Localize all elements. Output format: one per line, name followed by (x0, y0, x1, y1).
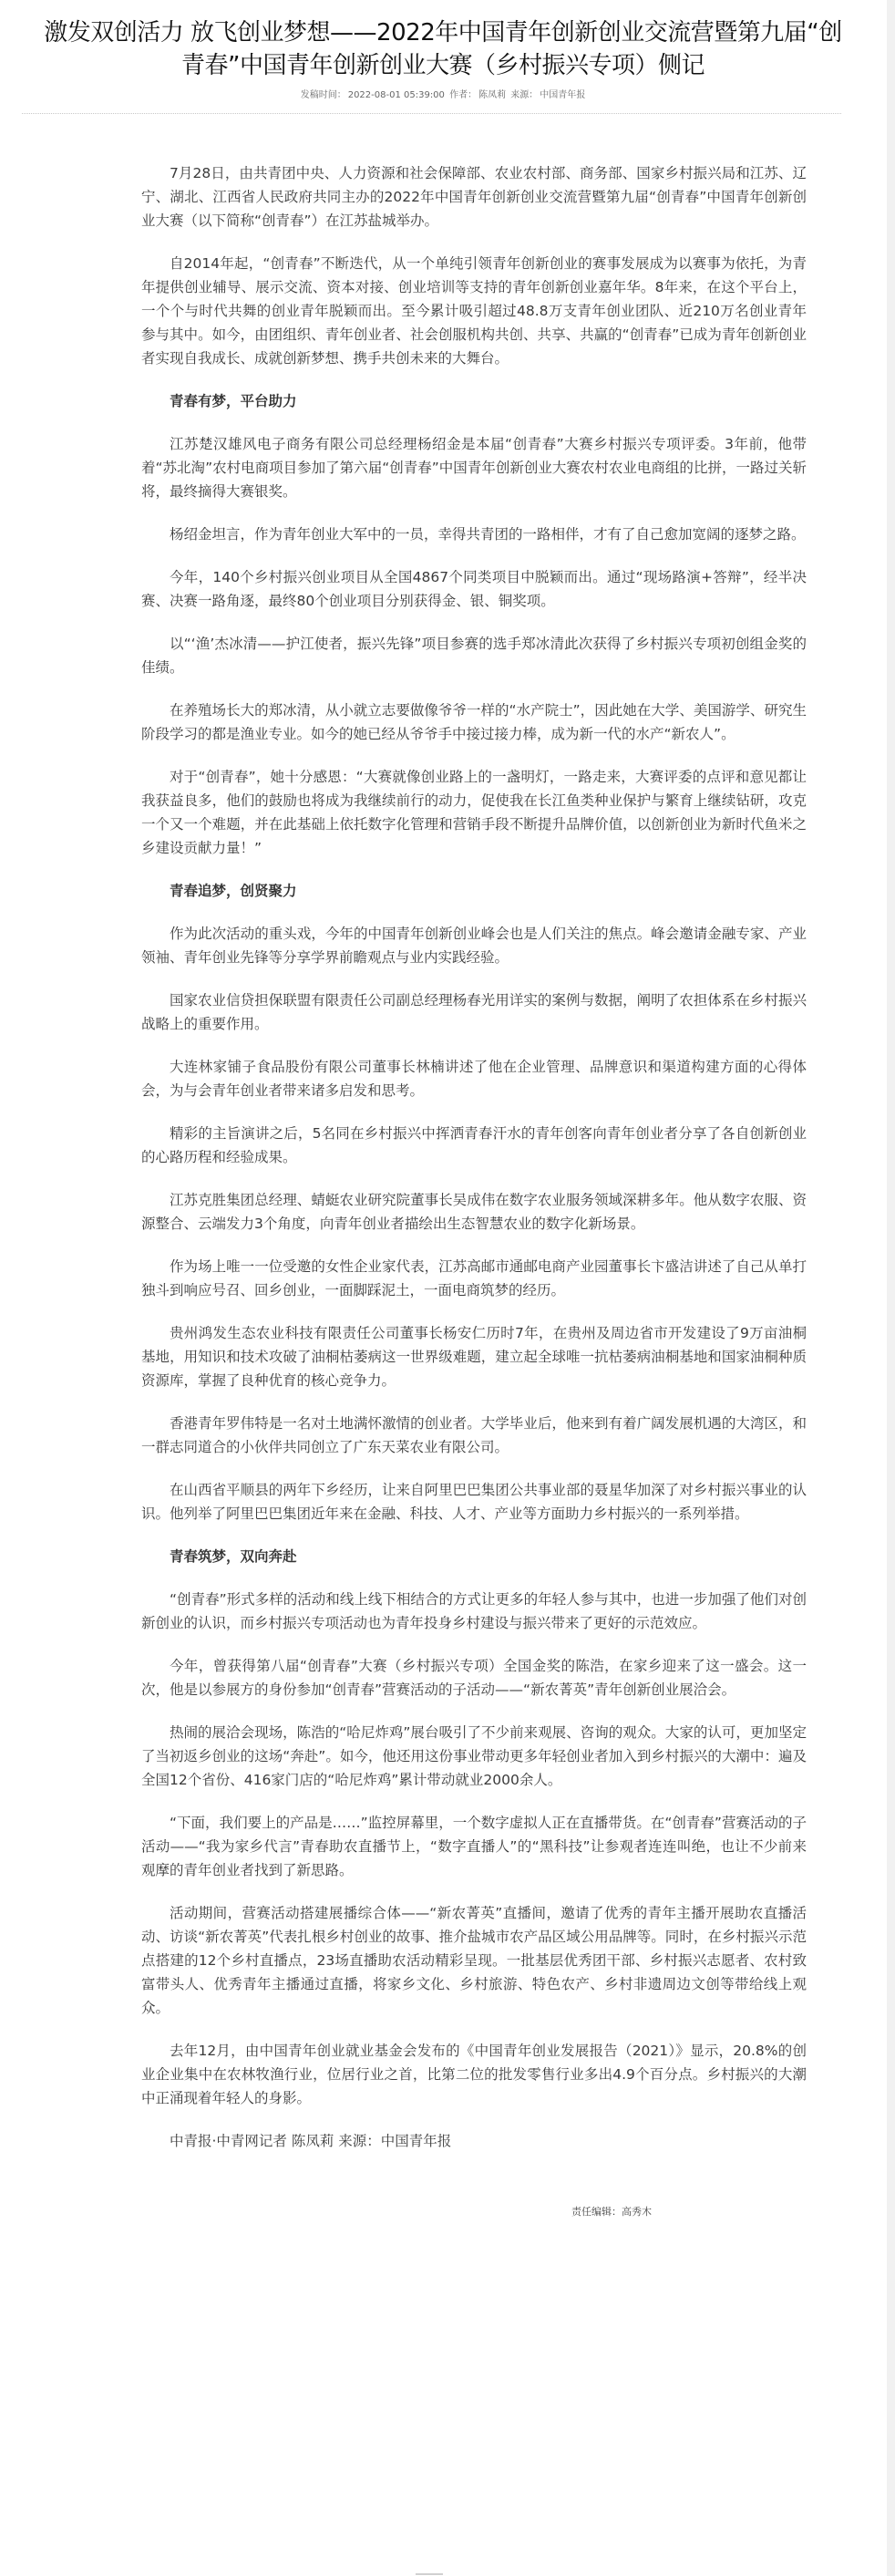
reporter-byline: 中青报·中青网记者 陈凤莉 来源：中国青年报 (141, 2129, 807, 2153)
paragraph: 国家农业信贷担保联盟有限责任公司副总经理杨春光用详实的案例与数据，阐明了农担体系… (141, 988, 807, 1036)
paragraph: 自2014年起，“创青春”不断迭代，从一个单纯引领青年创新创业的赛事发展成为以赛… (141, 252, 807, 370)
bottom-divider (416, 2573, 443, 2575)
published-label: 发稿时间： (301, 90, 346, 100)
article-page: 激发双创活力 放飞创业梦想——2022年中国青年创新创业交流营暨第九届“创青春”… (0, 0, 886, 2219)
editor-name: 高秀木 (622, 2206, 652, 2218)
paragraph: “创青春”形式多样的活动和线上线下相结合的方式让更多的年轻人参与其中，也进一步加… (141, 1588, 807, 1635)
paragraph: 作为此次活动的重头戏，今年的中国青年创新创业峰会也是人们关注的焦点。峰会邀请金融… (141, 922, 807, 969)
author-name: 陈凤莉 (478, 90, 506, 100)
section-heading: 青春追梦，创贤聚力 (141, 879, 807, 903)
paragraph: 大连林家铺子食品股份有限公司董事长林楠讲述了他在企业管理、品牌意识和渠道构建方面… (141, 1055, 807, 1102)
author-label: 作者： (449, 90, 477, 100)
article-body: 7月28日，由共青团中央、人力资源和社会保障部、农业农村部、商务部、国家乡村振兴… (141, 161, 807, 2153)
paragraph: 7月28日，由共青团中央、人力资源和社会保障部、农业农村部、商务部、国家乡村振兴… (141, 161, 807, 233)
responsible-editor: 责任编辑：高秀木 (141, 2204, 807, 2219)
source-label: 来源： (510, 90, 538, 100)
paragraph: 江苏克胜集团总经理、蜻蜓农业研究院董事长吴成伟在数字农业服务领域深耕多年。他从数… (141, 1188, 807, 1236)
article-title: 激发双创活力 放飞创业梦想——2022年中国青年创新创业交流营暨第九届“创青春”… (0, 0, 886, 82)
source-name: 中国青年报 (540, 90, 585, 100)
paragraph: 江苏楚汉雄风电子商务有限公司总经理杨绍金是本届“创青春”大赛乡村振兴专项评委。3… (141, 432, 807, 503)
paragraph: 今年，140个乡村振兴创业项目从全国4867个同类项目中脱颖而出。通过“现场路演… (141, 565, 807, 613)
paragraph: 精彩的主旨演讲之后，5名同在乡村振兴中挥洒青春汗水的青年创客向青年创业者分享了各… (141, 1122, 807, 1169)
paragraph: 以“‘渔’杰冰清——护江使者，振兴先锋”项目参赛的选手郑冰清此次获得了乡村振兴专… (141, 632, 807, 679)
paragraph: 杨绍金坦言，作为青年创业大军中的一员，幸得共青团的一路相伴，才有了自己愈加宽阔的… (141, 522, 807, 546)
paragraph: 贵州鸿发生态农业科技有限责任公司董事长杨安仁历时7年，在贵州及周边省市开发建设了… (141, 1321, 807, 1392)
paragraph: 热闹的展洽会现场，陈浩的“哈尼炸鸡”展台吸引了不少前来观展、咨询的观众。大家的认… (141, 1721, 807, 1792)
paragraph: 活动期间，营赛活动搭建展播综合体——“新农菁英”直播间，邀请了优秀的青年主播开展… (141, 1901, 807, 2020)
title-divider (22, 113, 841, 114)
article-meta: 发稿时间：2022-08-01 05:39:00 作者：陈凤莉 来源：中国青年报 (0, 89, 886, 102)
paragraph: 在山西省平顺县的两年下乡经历，让来自阿里巴巴集团公共事业部的聂星华加深了对乡村振… (141, 1478, 807, 1526)
published-time: 2022-08-01 05:39:00 (348, 90, 445, 100)
paragraph: 今年，曾获得第八届“创青春”大赛（乡村振兴专项）全国金奖的陈浩，在家乡迎来了这一… (141, 1654, 807, 1702)
paragraph: 香港青年罗伟特是一名对土地满怀激情的创业者。大学毕业后，他来到有着广阔发展机遇的… (141, 1412, 807, 1459)
paragraph: 去年12月，由中国青年创业就业基金会发布的《中国青年创业发展报告（2021）》显… (141, 2039, 807, 2110)
scrollbar-track[interactable] (887, 0, 895, 2576)
paragraph: “下面，我们要上的产品是……”监控屏幕里，一个数字虚拟人正在直播带货。在“创青春… (141, 1811, 807, 1882)
paragraph: 在养殖场长大的郑冰清，从小就立志要做像爷爷一样的“水产院士”，因此她在大学、美国… (141, 698, 807, 746)
editor-label: 责任编辑： (571, 2206, 622, 2218)
paragraph: 作为场上唯一一位受邀的女性企业家代表，江苏高邮市通邮电商产业园董事长卞盛洁讲述了… (141, 1255, 807, 1302)
section-heading: 青春筑梦，双向奔赴 (141, 1545, 807, 1568)
paragraph: 对于“创青春”，她十分感恩：“大赛就像创业路上的一盏明灯，一路走来，大赛评委的点… (141, 765, 807, 860)
section-heading: 青春有梦，平台助力 (141, 389, 807, 413)
